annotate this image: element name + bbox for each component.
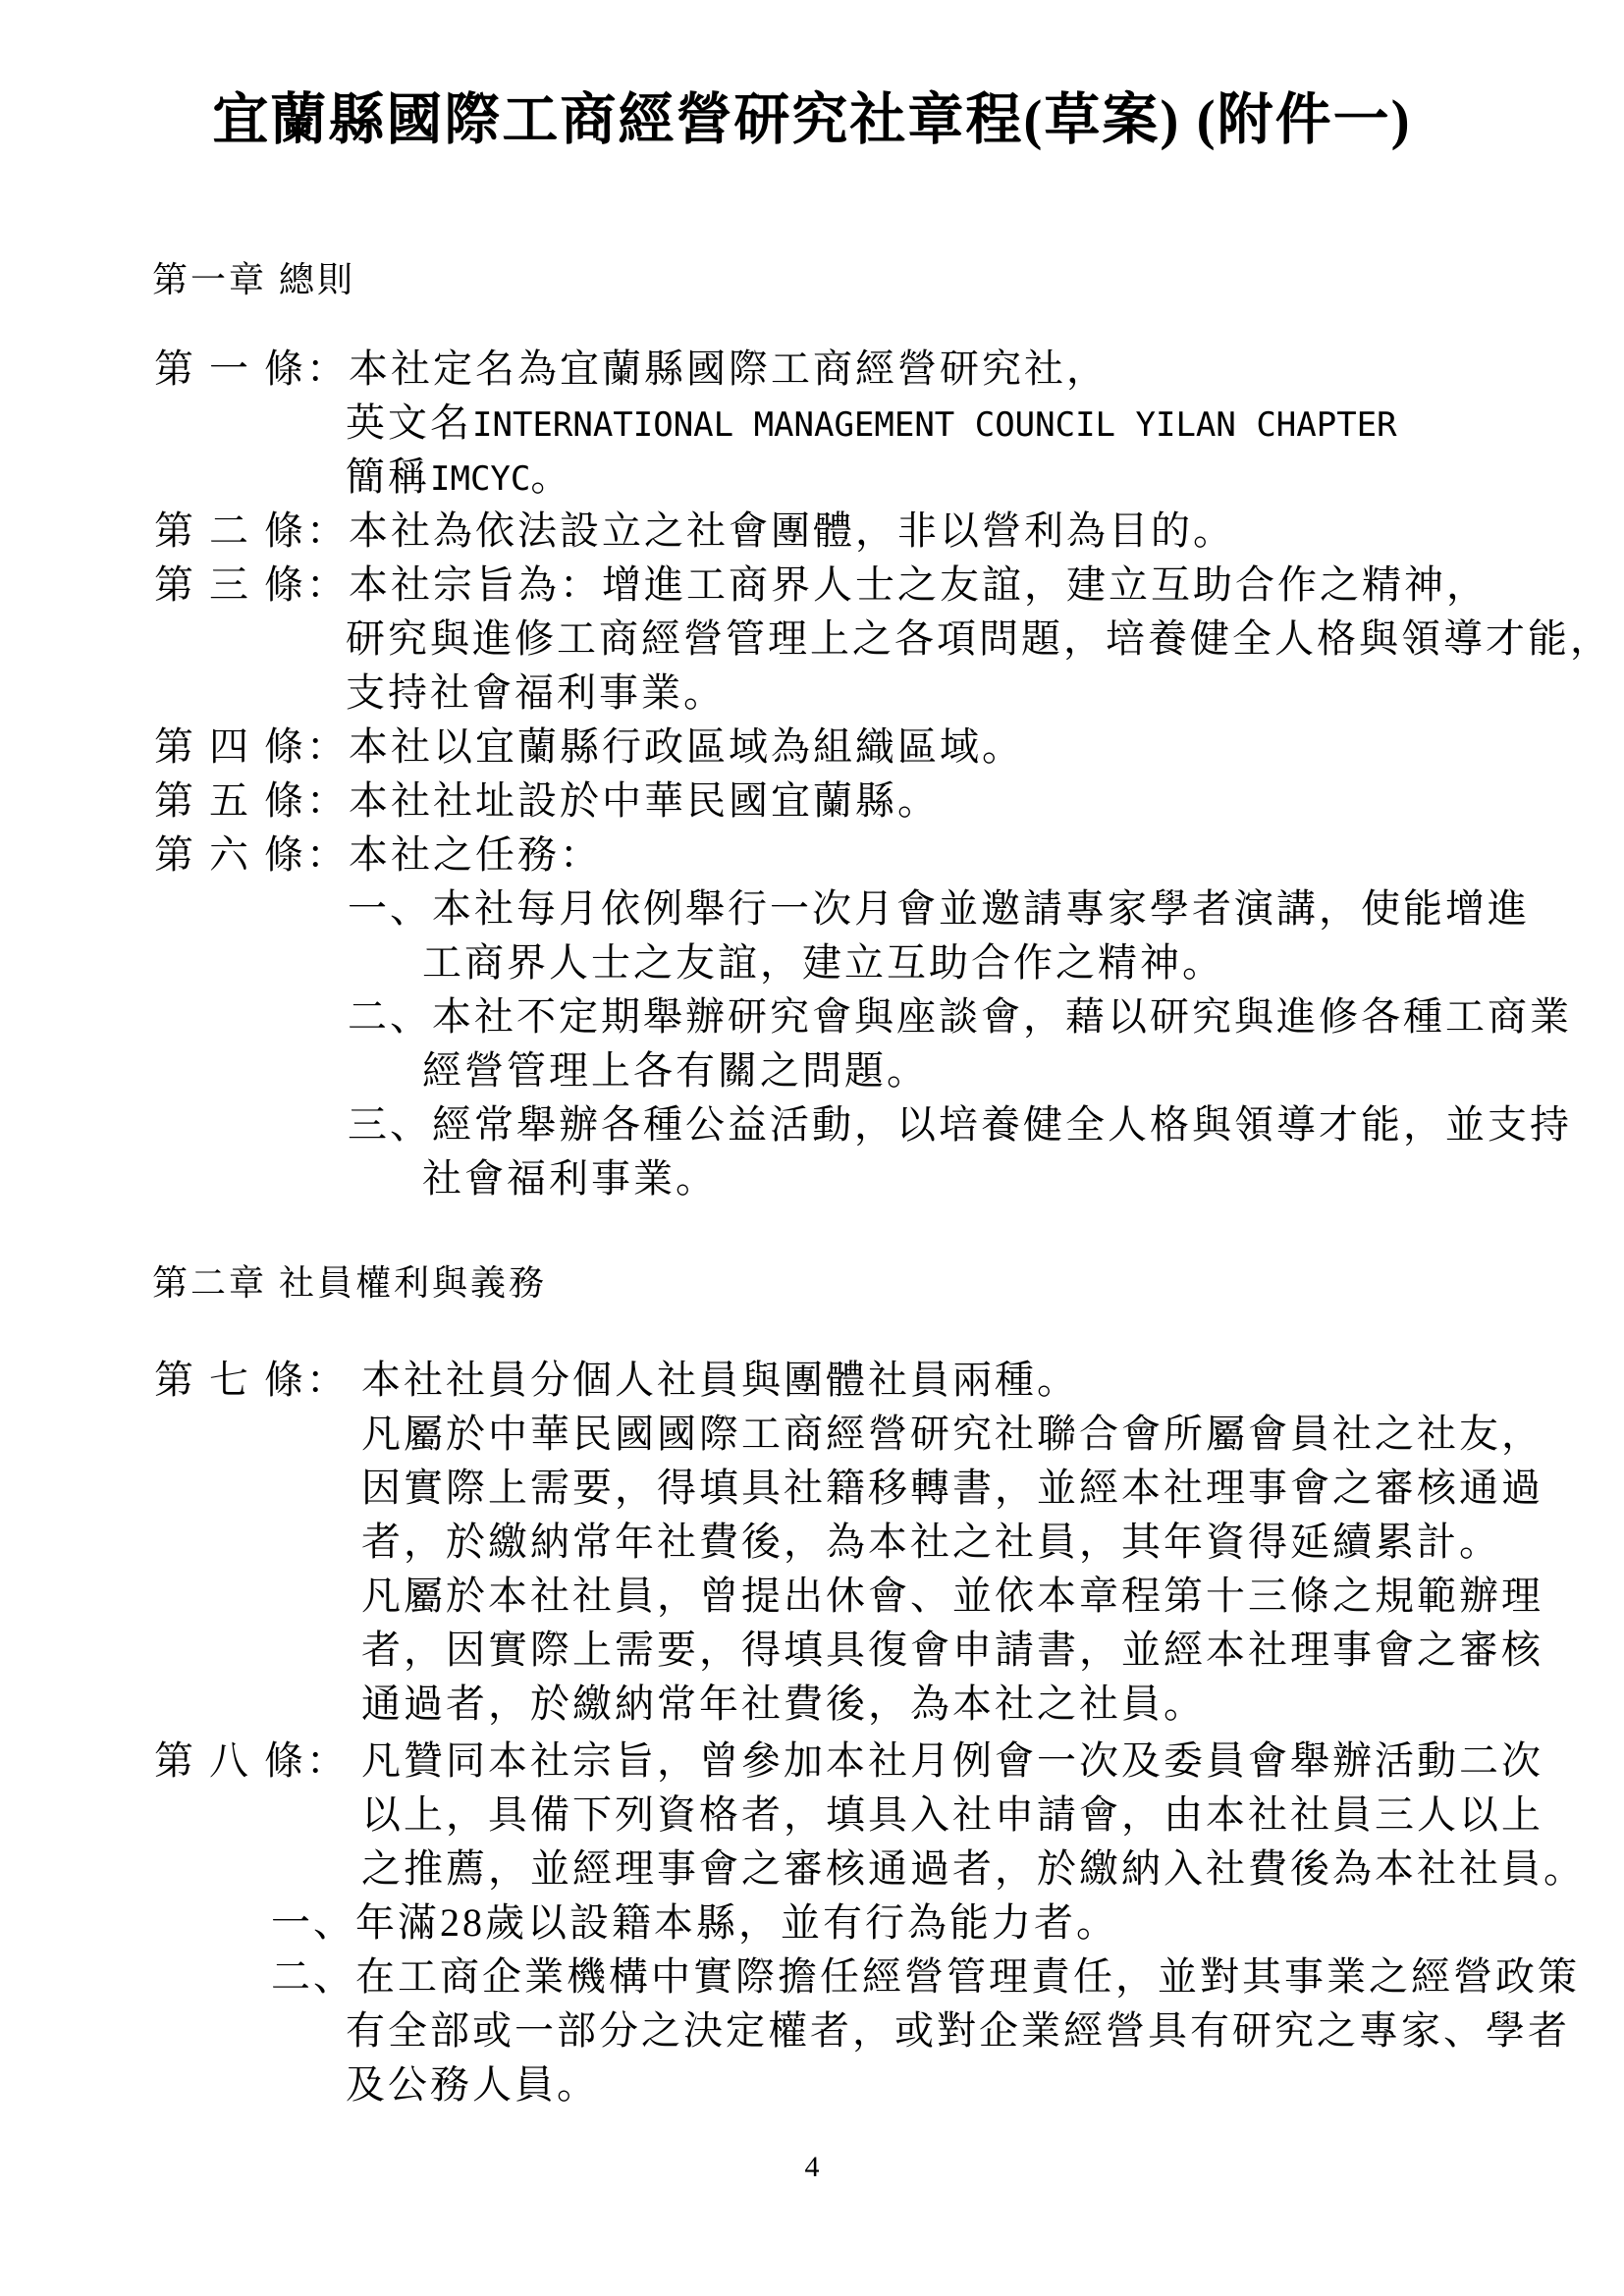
article-1-line-3: 簡稱IMCYC。 — [346, 450, 1624, 504]
article-7-line-2: 凡屬於中華民國國際工商經營研究社聯合會所屬會員社之社友， — [361, 1407, 1624, 1461]
article-8-line-1: 第 八 條： 凡贊同本社宗旨，曾參加本社月例會一次及委員會舉辦活動二次 — [154, 1734, 1624, 1788]
document-page: 宜蘭縣國際工商經營研究社章程(草案) (附件一) 第一章 總則 第 一 條：本社… — [0, 0, 1624, 2296]
article-1-line-3-punct: 。 — [530, 454, 572, 499]
article-8-line-3: 之推薦，並經理事會之審核通過者，於繳納入社費後為本社社員。 — [361, 1842, 1624, 1896]
article-7-body: 第 七 條： 本社社員分個人社員與團體社員兩種。 凡屬於中華民國國際工商經營研究… — [0, 1353, 1624, 1731]
article-3-line-2: 研究與進修工商經營管理上之各項問題，培養健全人格與領導才能， — [346, 612, 1624, 666]
article-6-item-3-line-1: 三、經常舉辦各種公益活動，以培養健全人格與領導才能，並支持 — [348, 1097, 1624, 1151]
article-8-item-1-line-1: 一、年滿28歲以設籍本縣，並有行為能力者。 — [271, 1896, 1624, 1949]
article-7-line-3: 因實際上需要，得填具社籍移轉書，並經本社理事會之審核通過 — [361, 1461, 1624, 1515]
article-7-line-7: 通過者，於繳納常年社費後，為本社之社員。 — [361, 1677, 1624, 1731]
article-6-item-2-line-2: 經營管理上各有關之問題。 — [422, 1043, 1624, 1097]
article-3-line-1: 第 三 條：本社宗旨為：增進工商界人士之友誼，建立互助合作之精神， — [154, 558, 1624, 612]
page-number: 4 — [0, 2147, 1624, 2188]
article-6-item-1-line-2: 工商界人士之友誼，建立互助合作之精神。 — [422, 935, 1624, 989]
article-8-item-2-line-2: 有全部或一部分之決定權者，或對企業經營具有研究之專家、學者 — [346, 2003, 1624, 2057]
article-1-line-1: 第 一 條：本社定名為宜蘭縣國際工商經營研究社， — [154, 342, 1624, 396]
article-6-item-1-line-1: 一、本社每月依例舉行一次月會並邀請專家學者演講，使能增進 — [348, 881, 1624, 935]
article-1-line-2-cjk: 英文名 — [346, 400, 472, 445]
article-8-item-2-line-3: 及公務人員。 — [346, 2057, 1624, 2111]
article-7-line-1: 第 七 條： 本社社員分個人社員與團體社員兩種。 — [154, 1353, 1624, 1407]
article-1-line-2: 英文名INTERNATIONAL MANAGEMENT COUNCIL YILA… — [346, 396, 1624, 450]
article-7-line-4: 者，於繳納常年社費後，為本社之社員，其年資得延續累計。 — [361, 1515, 1624, 1569]
article-1-abbreviation: IMCYC — [430, 459, 530, 499]
chapter-1-body: 第 一 條：本社定名為宜蘭縣國際工商經營研究社， 英文名INTERNATIONA… — [0, 342, 1624, 1205]
article-8-item-2-line-1: 二、在工商企業機構中實際擔任經營管理責任，並對其事業之經營政策 — [271, 1949, 1624, 2003]
article-4-line-1: 第 四 條：本社以宜蘭縣行政區域為組織區域。 — [154, 720, 1624, 774]
article-6-item-2-line-1: 二、本社不定期舉辦研究會與座談會，藉以研究與進修各種工商業 — [348, 989, 1624, 1043]
chapter-2-heading: 第二章 社員權利與義務 — [152, 1256, 1624, 1310]
article-1-english-name: INTERNATIONAL MANAGEMENT COUNCIL YILAN C… — [472, 405, 1397, 445]
article-8-body: 第 八 條： 凡贊同本社宗旨，曾參加本社月例會一次及委員會舉辦活動二次 以上，具… — [0, 1734, 1624, 2111]
article-1-line-3-cjk: 簡稱 — [346, 454, 430, 499]
article-2-line-1: 第 二 條：本社為依法設立之社會團體，非以營利為目的。 — [154, 504, 1624, 558]
article-5-line-1: 第 五 條：本社社址設於中華民國宜蘭縣。 — [154, 774, 1624, 828]
article-7-line-5: 凡屬於本社社員，曾提出休會、並依本章程第十三條之規範辦理 — [361, 1569, 1624, 1623]
chapter-1-heading: 第一章 總則 — [152, 253, 1624, 307]
article-3-line-3: 支持社會福利事業。 — [346, 666, 1624, 720]
article-6-line-1: 第 六 條：本社之任務： — [154, 828, 1624, 881]
article-6-item-3-line-2: 社會福利事業。 — [422, 1151, 1624, 1205]
article-8-line-2: 以上，具備下列資格者，填具入社申請會，由本社社員三人以上 — [361, 1788, 1624, 1842]
article-7-line-6: 者，因實際上需要，得填具復會申請書，並經本社理事會之審核 — [361, 1623, 1624, 1677]
document-title: 宜蘭縣國際工商經營研究社章程(草案) (附件一) — [0, 86, 1624, 155]
